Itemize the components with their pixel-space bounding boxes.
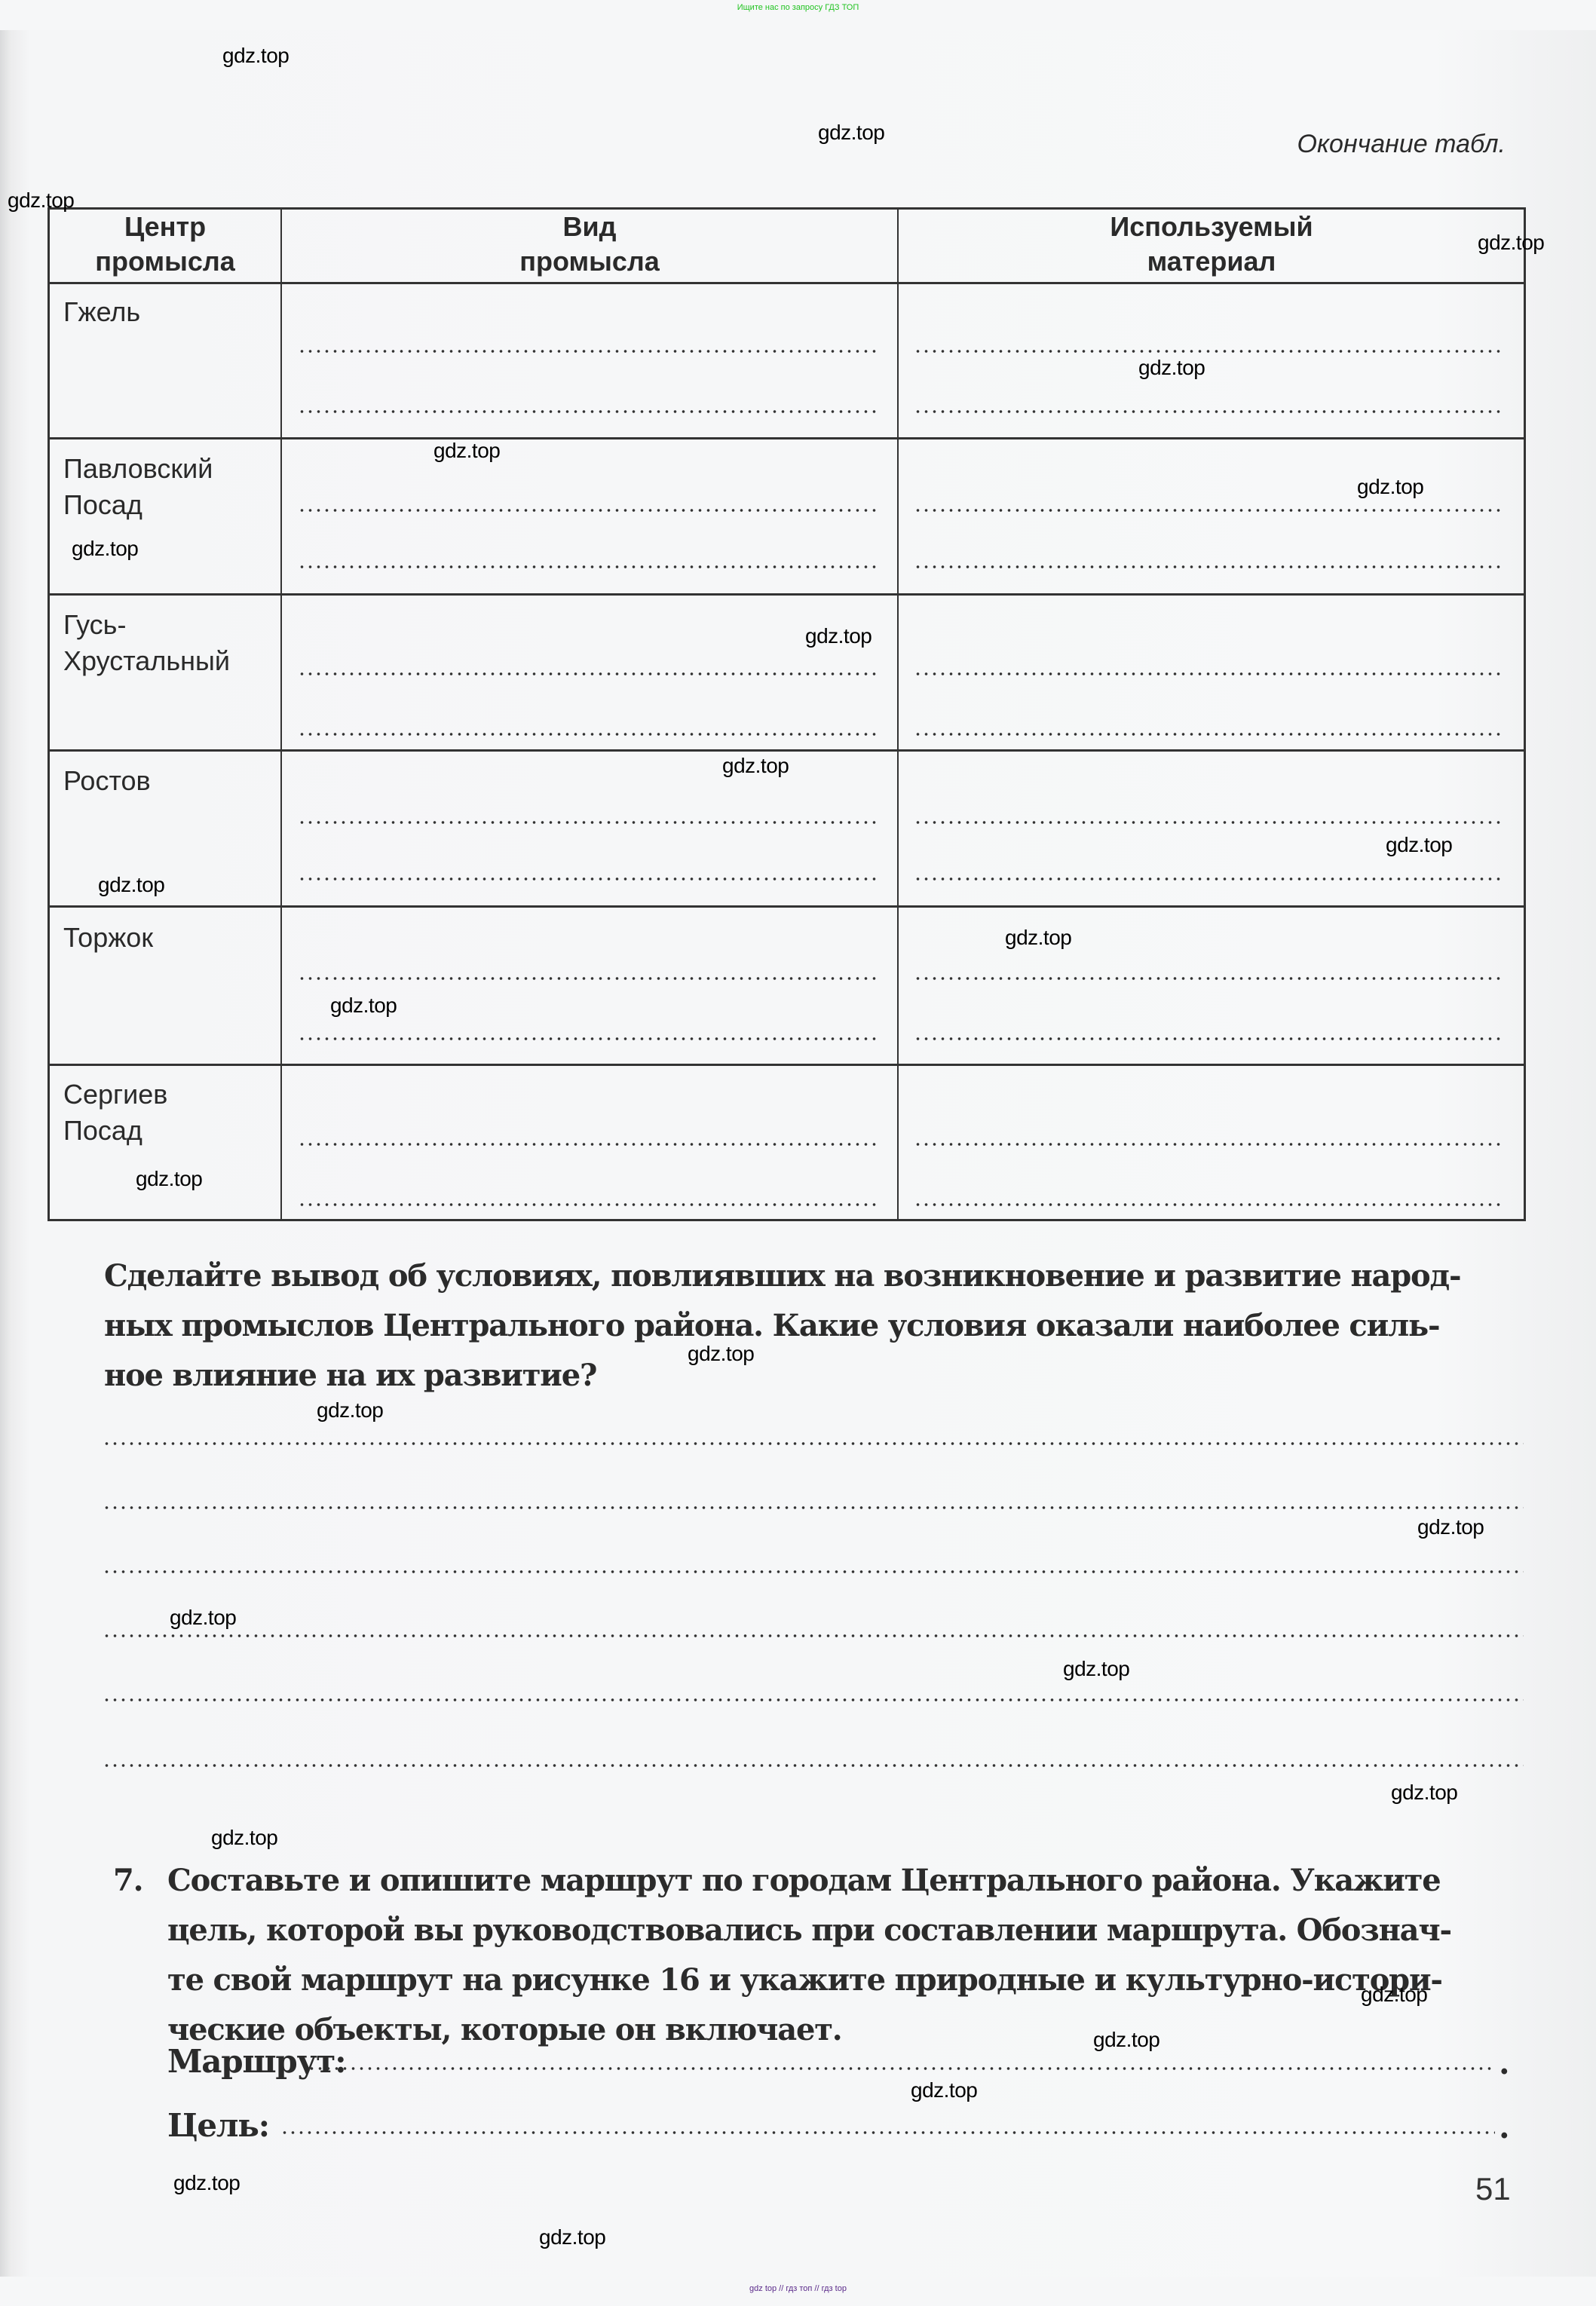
watermark-text: gdz.top: [72, 537, 138, 561]
watermark-text: gdz.top: [317, 1398, 383, 1422]
table-answer-line[interactable]: [914, 1143, 1502, 1146]
crafts-table: [47, 207, 1526, 1221]
table-row-city: Гжель: [63, 294, 140, 330]
task-line: те свой маршрут на рисунке 16 и укажите …: [167, 1955, 1532, 2005]
city-text: Сергиев: [63, 1076, 167, 1113]
watermark-text: gdz.top: [1063, 1657, 1129, 1681]
route-answer-line[interactable]: [308, 2067, 1495, 2070]
city-text: Хрустальный: [63, 643, 230, 679]
conclusion-answer-line[interactable]: [103, 1570, 1524, 1573]
table-answer-line[interactable]: [914, 977, 1502, 980]
watermark-text: gdz.top: [433, 439, 500, 463]
table-caption: Окончание табл.: [1297, 130, 1506, 159]
table-row-city: Сергиев Посад: [63, 1076, 167, 1149]
watermark-text: gdz.top: [1478, 231, 1544, 255]
table-row-divider: [47, 437, 1526, 439]
table-row-divider: [47, 905, 1526, 908]
watermark-text: gdz.top: [805, 624, 872, 648]
page-number: 51: [1475, 2171, 1511, 2207]
header-material: Используемый материал: [899, 210, 1524, 279]
table-answer-line[interactable]: [298, 1203, 878, 1206]
top-banner: Ищите нас по запросу ГДЗ ТОП: [0, 3, 1596, 12]
watermark-text: gdz.top: [330, 994, 397, 1018]
bleed-through-text: [106, 128, 114, 164]
table-column-divider: [897, 207, 899, 1221]
table-answer-line[interactable]: [298, 977, 878, 980]
city-text: Гжель: [63, 294, 140, 330]
table-answer-line[interactable]: [914, 877, 1502, 880]
city-text: Посад: [63, 487, 213, 523]
table-answer-line[interactable]: [914, 672, 1502, 675]
city-text: Ростов: [63, 763, 151, 799]
table-answer-line[interactable]: [914, 821, 1502, 824]
task-text: Составьте и опишите маршрут по городам Ц…: [167, 1856, 1532, 2055]
table-answer-line[interactable]: [298, 350, 878, 353]
table-answer-line[interactable]: [914, 350, 1502, 353]
conclusion-answer-line[interactable]: [103, 1634, 1524, 1637]
table-answer-line[interactable]: [914, 509, 1502, 512]
table-row-divider: [47, 593, 1526, 596]
prompt-line: ных промыслов Центрального района. Какие…: [104, 1301, 1521, 1351]
table-answer-line[interactable]: [914, 733, 1502, 736]
watermark-text: gdz.top: [136, 1167, 202, 1191]
table-answer-line[interactable]: [298, 1037, 878, 1040]
conclusion-answer-line[interactable]: [103, 1442, 1524, 1445]
goal-answer-line[interactable]: [280, 2131, 1495, 2134]
header-text: Вид: [282, 210, 897, 244]
watermark-text: gdz.top: [818, 121, 884, 145]
table-row-city: Гусь- Хрустальный: [63, 607, 230, 679]
table-row-divider: [47, 1064, 1526, 1066]
watermark-text: gdz.top: [98, 873, 164, 897]
watermark-text: gdz.top: [539, 2225, 605, 2249]
table-answer-line[interactable]: [298, 565, 878, 568]
goal-field-label: Цель:: [167, 2107, 269, 2144]
table-answer-line[interactable]: [914, 410, 1502, 413]
header-craft-type: Вид промысла: [282, 210, 897, 279]
conclusion-prompt: Сделайте вывод об условиях, повлиявших н…: [104, 1251, 1521, 1401]
watermark-text: gdz.top: [222, 44, 289, 68]
table-answer-line[interactable]: [914, 565, 1502, 568]
table-column-divider: [280, 207, 282, 1221]
conclusion-answer-line[interactable]: [103, 1764, 1524, 1767]
header-text: Центр: [50, 210, 280, 244]
watermark-text: gdz.top: [1361, 1983, 1427, 2007]
table-answer-line[interactable]: [298, 733, 878, 736]
table-answer-line[interactable]: [298, 509, 878, 512]
table-header-divider: [47, 282, 1526, 284]
task-line: цель, которой вы руководствовались при с…: [167, 1906, 1532, 1955]
table-row-city: Торжок: [63, 920, 153, 956]
city-text: Торжок: [63, 920, 153, 956]
footer-banner: gdz top // гдз топ // гдз top: [0, 2284, 1596, 2293]
goal-end-mark: .: [1499, 2108, 1509, 2145]
watermark-text: gdz.top: [1357, 475, 1423, 499]
watermark-text: gdz.top: [211, 1826, 277, 1850]
conclusion-answer-line[interactable]: [103, 1506, 1524, 1509]
watermark-text: gdz.top: [688, 1342, 754, 1366]
table-answer-line[interactable]: [298, 410, 878, 413]
watermark-text: gdz.top: [1391, 1781, 1457, 1805]
watermark-text: gdz.top: [170, 1606, 236, 1630]
city-text: Гусь-: [63, 607, 230, 643]
watermark-text: gdz.top: [1386, 833, 1452, 857]
city-text: Павловский: [63, 451, 213, 487]
table-answer-line[interactable]: [298, 1143, 878, 1146]
table-row-city: Павловский Посад: [63, 451, 213, 523]
table-answer-line[interactable]: [914, 1203, 1502, 1206]
prompt-line: Сделайте вывод об условиях, повлиявших н…: [104, 1251, 1521, 1301]
watermark-text: gdz.top: [1138, 356, 1205, 380]
header-text: материал: [899, 244, 1524, 279]
watermark-text: gdz.top: [1005, 926, 1071, 950]
watermark-text: gdz.top: [1093, 2028, 1159, 2052]
task-number: 7.: [113, 1856, 142, 1906]
watermark-text: gdz.top: [8, 188, 74, 213]
table-answer-line[interactable]: [298, 877, 878, 880]
watermark-text: gdz.top: [173, 2171, 240, 2195]
route-field-label: Маршрут:: [167, 2043, 345, 2080]
city-text: Посад: [63, 1113, 167, 1149]
header-text: Используемый: [899, 210, 1524, 244]
prompt-line: ное влияние на их развитие?: [104, 1351, 1521, 1401]
table-answer-line[interactable]: [298, 672, 878, 675]
watermark-text: gdz.top: [1417, 1515, 1484, 1539]
table-answer-line[interactable]: [298, 821, 878, 824]
header-text: промысла: [282, 244, 897, 279]
task-line: ческие объекты, которые он включает.: [167, 2005, 1532, 2055]
task-line: Составьте и опишите маршрут по городам Ц…: [167, 1856, 1532, 1906]
watermark-text: gdz.top: [722, 754, 789, 778]
route-end-mark: .: [1499, 2044, 1509, 2081]
table-row-divider: [47, 749, 1526, 752]
table-answer-line[interactable]: [914, 1037, 1502, 1040]
conclusion-answer-line[interactable]: [103, 1698, 1524, 1701]
table-row-city: Ростов: [63, 763, 151, 799]
header-text: промысла: [50, 244, 280, 279]
watermark-text: gdz.top: [911, 2078, 977, 2102]
header-craft-center: Центр промысла: [50, 210, 280, 279]
